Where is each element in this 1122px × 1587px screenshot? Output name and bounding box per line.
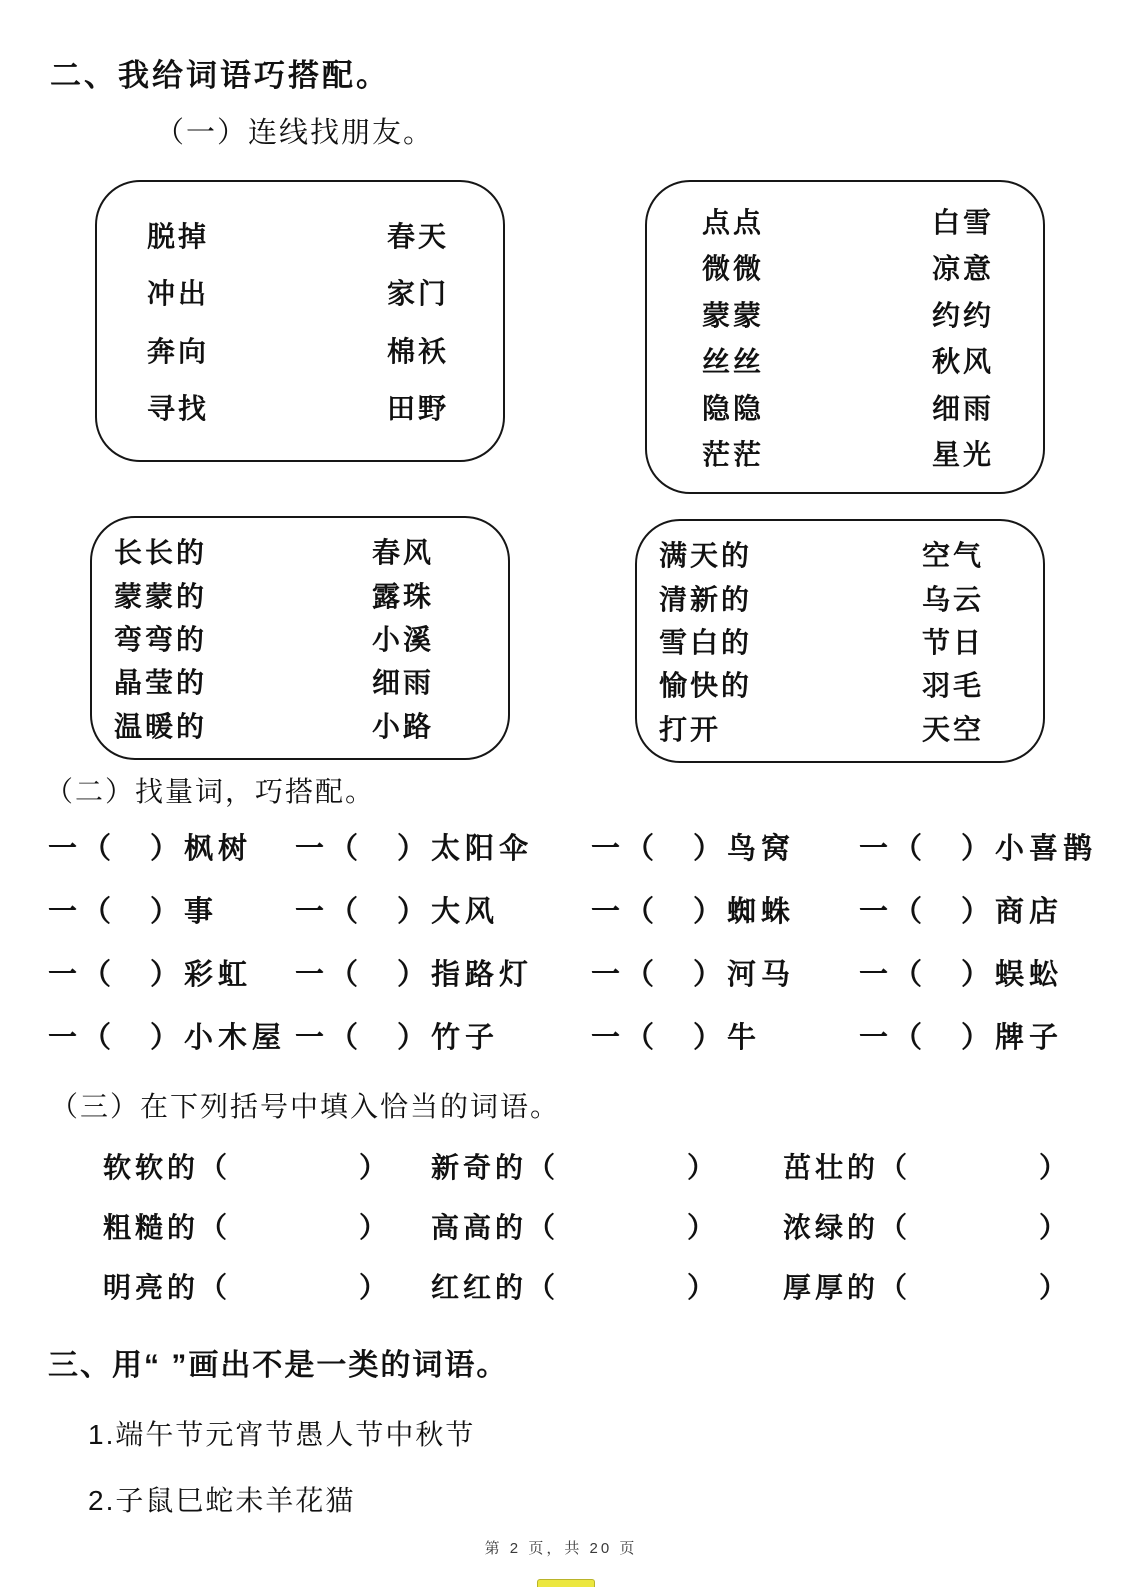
- measure-word-item: 一（ ）彩虹: [48, 952, 295, 993]
- match-pair-row: 蒙蒙的露珠: [114, 575, 494, 615]
- match-pair-row: 脱掉春天: [147, 215, 485, 255]
- match-box-verb-object: 脱掉春天冲出家门奔向棉袄寻找田野: [95, 180, 505, 462]
- match-pair-row: 晶莹的细雨: [114, 661, 494, 701]
- match-left-word: 茫茫: [702, 433, 932, 473]
- match-left-word: 冲出: [147, 272, 387, 312]
- section-2-title: 二、我给词语巧搭配。: [50, 50, 390, 95]
- match-pair-row: 微微凉意: [702, 247, 1025, 287]
- match-right-word: 约约: [932, 294, 1025, 334]
- part-2-title: （二）找量词，巧搭配。: [45, 770, 375, 810]
- measure-word-item: 一（ ）河马: [591, 952, 859, 993]
- match-pair-row: 茫茫星光: [702, 433, 1025, 473]
- measure-word-item: 一（ ）小木屋: [48, 1015, 295, 1056]
- match-right-word: 田野: [387, 387, 485, 427]
- part-3-title: （三）在下列括号中填入恰当的词语。: [50, 1085, 560, 1125]
- measure-word-item: 一（ ）蜈蚣: [859, 952, 1096, 993]
- match-box-reduplicated-words: 点点白雪微微凉意蒙蒙约约丝丝秋风隐隐细雨茫茫星光: [645, 180, 1045, 494]
- measure-word-item: 一（ ）牌子: [859, 1015, 1096, 1056]
- measure-word-item: 一（ ）商店: [859, 889, 1096, 930]
- match-right-word: 小路: [372, 705, 494, 745]
- fill-blank-item: 粗糙的（ ）: [103, 1206, 431, 1246]
- measure-word-item: 一（ ）事: [48, 889, 295, 930]
- match-pair-row: 清新的乌云: [659, 578, 1029, 618]
- match-left-word: 寻找: [147, 387, 387, 427]
- fill-blank-row: 粗糙的（ ）高高的（ ）浓绿的（ ）: [103, 1206, 1082, 1246]
- measure-word-item: 一（ ）小喜鹊: [859, 826, 1097, 867]
- fill-blank-item: 高高的（ ）: [431, 1206, 783, 1246]
- match-right-word: 春天: [387, 215, 485, 255]
- fill-blank-item: 厚厚的（ ）: [783, 1266, 1082, 1306]
- part-1-title: （一）连线找朋友。: [155, 110, 434, 151]
- fill-blank-item: 红红的（ ）: [431, 1266, 783, 1306]
- fill-blank-exercise: 软软的（ ）新奇的（ ）茁壮的（ ）粗糙的（ ）高高的（ ）浓绿的（ ）明亮的（…: [103, 1146, 1082, 1306]
- fill-blank-item: 茁壮的（ ）: [783, 1146, 1082, 1186]
- match-left-word: 丝丝: [702, 340, 932, 380]
- match-left-word: 愉快的: [659, 664, 922, 704]
- match-left-word: 隐隐: [702, 387, 932, 427]
- match-right-word: 细雨: [372, 661, 494, 701]
- match-pair-row: 打开天空: [659, 708, 1029, 748]
- yellow-sticker-partial: [537, 1579, 595, 1587]
- match-left-word: 长长的: [114, 531, 372, 571]
- measure-word-item: 一（ ）竹子: [295, 1015, 591, 1056]
- match-left-word: 清新的: [659, 578, 922, 618]
- match-left-word: 打开: [659, 708, 922, 748]
- match-left-word: 脱掉: [147, 215, 387, 255]
- match-left-word: 微微: [702, 247, 932, 287]
- match-pair-row: 愉快的羽毛: [659, 664, 1029, 704]
- match-left-word: 点点: [702, 201, 932, 241]
- match-pair-row: 温暖的小路: [114, 705, 494, 745]
- match-box-adjective-noun-2: 满天的空气清新的乌云雪白的节日愉快的羽毛打开天空: [635, 519, 1045, 763]
- match-pair-row: 长长的春风: [114, 531, 494, 571]
- match-right-word: 空气: [922, 534, 1029, 574]
- match-pair-row: 寻找田野: [147, 387, 485, 427]
- measure-word-item: 一（ ）太阳伞: [295, 826, 591, 867]
- match-left-word: 弯弯的: [114, 618, 372, 658]
- measure-word-item: 一（ ）蜘蛛: [591, 889, 859, 930]
- match-right-word: 细雨: [932, 387, 1025, 427]
- match-right-word: 小溪: [372, 618, 494, 658]
- match-left-word: 雪白的: [659, 621, 922, 661]
- match-pair-row: 满天的空气: [659, 534, 1029, 574]
- match-right-word: 春风: [372, 531, 494, 571]
- match-right-word: 秋风: [932, 340, 1025, 380]
- fill-blank-item: 软软的（ ）: [103, 1146, 431, 1186]
- match-pair-row: 蒙蒙约约: [702, 294, 1025, 334]
- measure-word-item: 一（ ）牛: [591, 1015, 859, 1056]
- measure-word-item: 一（ ）枫树: [48, 826, 295, 867]
- measure-word-item: 一（ ）大风: [295, 889, 591, 930]
- match-right-word: 天空: [922, 708, 1029, 748]
- match-left-word: 满天的: [659, 534, 922, 574]
- match-pair-row: 隐隐细雨: [702, 387, 1025, 427]
- match-right-word: 棉袄: [387, 330, 485, 370]
- match-right-word: 节日: [922, 621, 1029, 661]
- match-pair-row: 雪白的节日: [659, 621, 1029, 661]
- match-right-word: 家门: [387, 272, 485, 312]
- fill-blank-item: 新奇的（ ）: [431, 1146, 783, 1186]
- fill-blank-item: 浓绿的（ ）: [783, 1206, 1082, 1246]
- match-pair-row: 奔向棉袄: [147, 330, 485, 370]
- match-left-word: 奔向: [147, 330, 387, 370]
- match-box-adjective-noun-1: 长长的春风蒙蒙的露珠弯弯的小溪晶莹的细雨温暖的小路: [90, 516, 510, 760]
- match-right-word: 凉意: [932, 247, 1025, 287]
- match-right-word: 露珠: [372, 575, 494, 615]
- match-pair-row: 冲出家门: [147, 272, 485, 312]
- match-right-word: 乌云: [922, 578, 1029, 618]
- page-footer: 第 2 页，共 20 页: [0, 1537, 1122, 1558]
- measure-word-item: 一（ ）指路灯: [295, 952, 591, 993]
- fill-blank-row: 软软的（ ）新奇的（ ）茁壮的（ ）: [103, 1146, 1082, 1186]
- measure-word-row: 一（ ）彩虹一（ ）指路灯一（ ）河马一（ ）蜈蚣: [48, 952, 1096, 993]
- measure-word-row: 一（ ）枫树一（ ）太阳伞一（ ）鸟窝一（ ）小喜鹊: [48, 826, 1096, 867]
- match-left-word: 温暖的: [114, 705, 372, 745]
- match-right-word: 白雪: [932, 201, 1025, 241]
- match-pair-row: 弯弯的小溪: [114, 618, 494, 658]
- fill-blank-item: 明亮的（ ）: [103, 1266, 431, 1306]
- match-pair-row: 点点白雪: [702, 201, 1025, 241]
- match-right-word: 羽毛: [922, 664, 1029, 704]
- section3-item-2: 2.子鼠巳蛇未羊花猫: [88, 1479, 355, 1519]
- match-pair-row: 丝丝秋风: [702, 340, 1025, 380]
- section3-item-1: 1.端午节元宵节愚人节中秋节: [88, 1413, 475, 1453]
- fill-blank-row: 明亮的（ ）红红的（ ）厚厚的（ ）: [103, 1266, 1082, 1306]
- measure-word-row: 一（ ）小木屋一（ ）竹子一（ ）牛一（ ）牌子: [48, 1015, 1096, 1056]
- match-left-word: 蒙蒙的: [114, 575, 372, 615]
- match-left-word: 晶莹的: [114, 661, 372, 701]
- measure-word-item: 一（ ）鸟窝: [591, 826, 859, 867]
- measure-word-row: 一（ ）事一（ ）大风一（ ）蜘蛛一（ ）商店: [48, 889, 1096, 930]
- match-right-word: 星光: [932, 433, 1025, 473]
- section-3-title: 三、用“ ”画出不是一类的词语。: [48, 1340, 508, 1384]
- match-left-word: 蒙蒙: [702, 294, 932, 334]
- measure-word-exercise: 一（ ）枫树一（ ）太阳伞一（ ）鸟窝一（ ）小喜鹊一（ ）事一（ ）大风一（ …: [48, 826, 1096, 1056]
